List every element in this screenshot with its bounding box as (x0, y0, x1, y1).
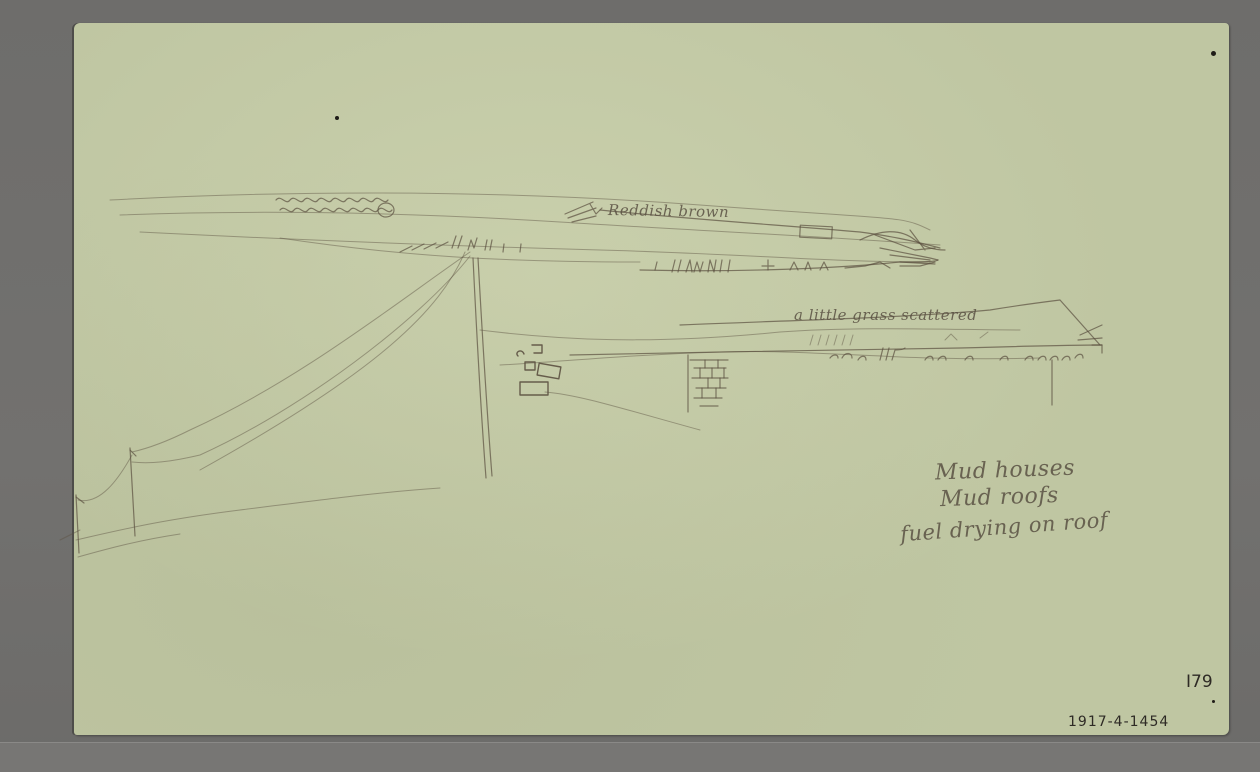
grass-band-bottom (570, 345, 1102, 355)
cross-hatch-corner (1078, 325, 1102, 353)
mid-terrain-line-1 (480, 329, 1020, 340)
brick-wall-structure (688, 355, 728, 412)
annotation-mud-houses: Mud houses (935, 456, 1076, 486)
mid-terrain-line-2 (500, 352, 1040, 365)
stacked-stones-figure (517, 345, 561, 395)
page-marker-label: I79 (1186, 672, 1213, 692)
mid-terrain-line-3 (545, 392, 700, 430)
telegraph-wires (78, 252, 470, 501)
foreground-slope (60, 530, 80, 540)
horizon-line-upper (110, 193, 930, 230)
annotation-mud-roofs: Mud roofs (940, 483, 1060, 512)
annotation-reddish-brown: Reddish brown (608, 201, 729, 221)
sun-rays-mark (565, 202, 602, 222)
annotation-little-grass: a little grass scattered (794, 306, 977, 324)
foreground-ground-line (76, 488, 440, 540)
pencil-sketch-drawing (0, 0, 1260, 772)
branch-tangle-end (860, 230, 945, 264)
telegraph-pole-far (76, 495, 84, 553)
telegraph-pole-near (130, 448, 136, 536)
foreground-ground-line-2 (78, 534, 180, 557)
accession-number: 1917-4-1454 (1068, 714, 1169, 730)
grass-tufts (810, 332, 988, 345)
telegraph-pole-main (473, 258, 492, 478)
